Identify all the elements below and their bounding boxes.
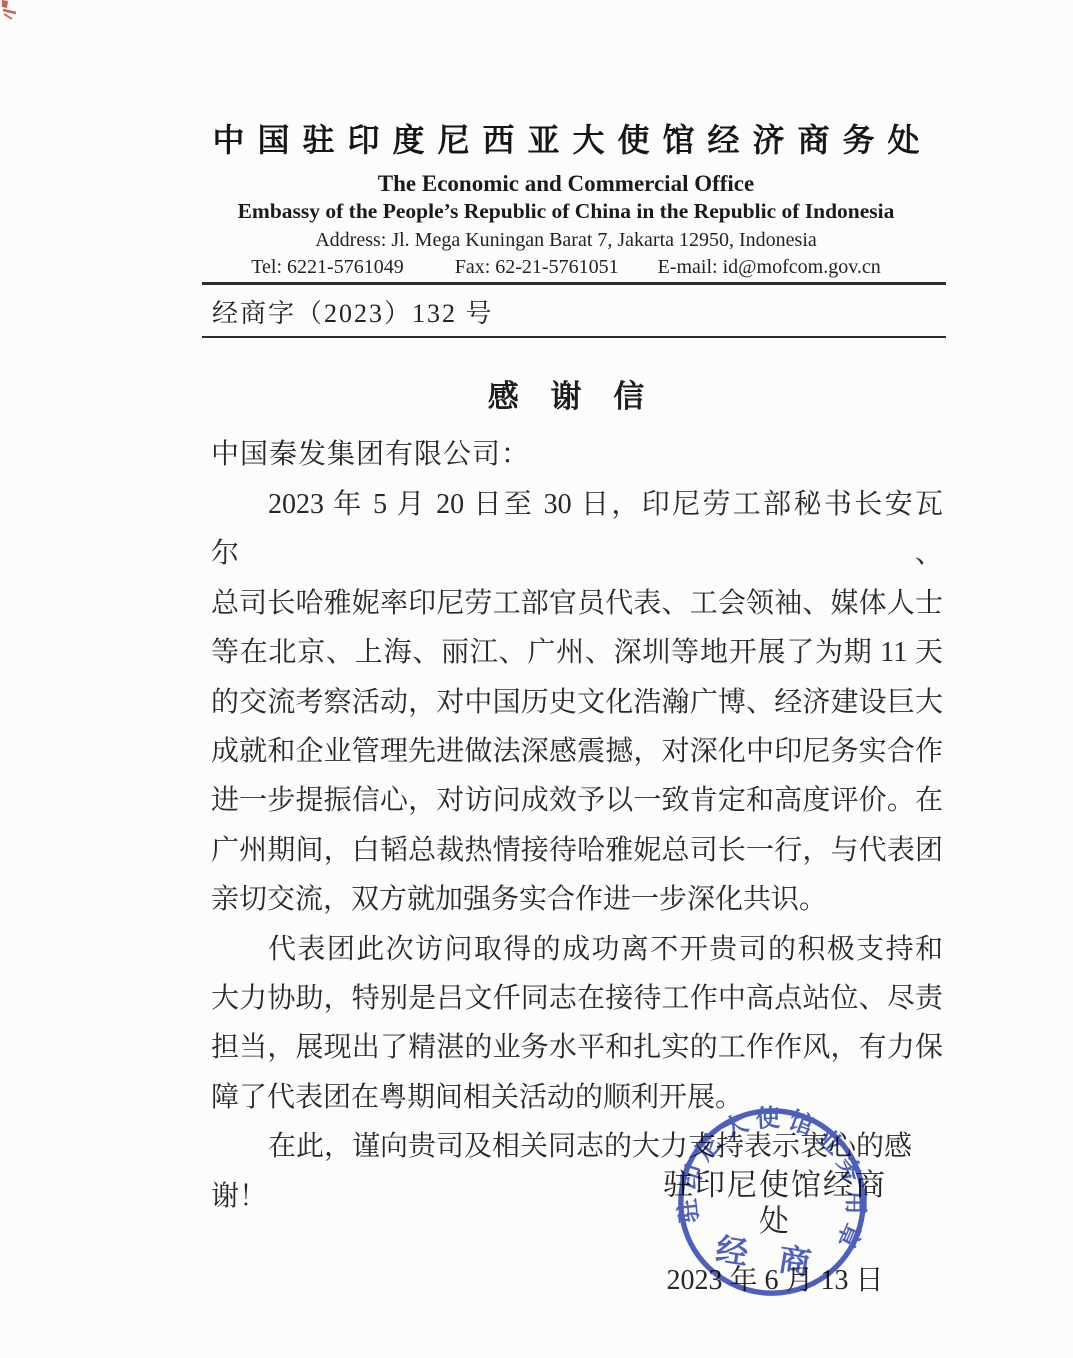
signature-date: 2023 年 6 月 13 日 [652,1266,898,1296]
body-line: 进一步提振信心，对访问成效予以一致肯定和高度评价。在 [211,776,943,825]
header-address: Address: Jl. Mega Kuningan Barat 7, Jaka… [188,227,944,254]
body-line: 障了代表团在粤期间相关活动的顺利开展。 [211,1073,943,1122]
header-contact-line: Tel: 6221-5761049 Fax: 62-21-5761051 E-m… [188,254,944,281]
org-name-english-sub: Embassy of the People’s Republic of Chin… [188,198,944,225]
body-line: 代表团此次访问取得的成功离不开贵司的积极支持和 [211,925,943,974]
body-line: 亲切交流，双方就加强务实合作进一步深化共识。 [211,875,943,924]
letterhead: 中国驻印度尼西亚大使馆经济商务处 The Economic and Commer… [188,120,944,281]
body-line: 担当，展现出了精湛的业务水平和扎实的工作作风，有力保 [211,1023,943,1072]
ref-number: 经商字（2023）132 号 [212,293,494,330]
salutation: 中国秦发集团有限公司： [211,432,530,472]
scanned-letter-page: 中国驻印度尼西亚大使馆经济商务处 The Economic and Commer… [0,0,1073,1358]
signature-block: 驻印尼使馆经商处 2023 年 6 月 13 日 [652,1168,898,1296]
body-line: 的交流考察活动，对中国历史文化浩瀚广博、经济建设巨大 [211,678,943,727]
org-name-english: The Economic and Commercial Office [188,170,944,198]
header-email: E-mail: id@mofcom.gov.cn [658,254,881,281]
divider-line-bottom [202,336,946,338]
signature-org: 驻印尼使馆经商处 [652,1168,898,1240]
header-fax: Fax: 62-21-5761051 [455,254,619,281]
body-line: 等在北京、上海、丽江、广州、深圳等地开展了为期 11 天 [211,628,943,677]
header-tel: Tel: 6221-5761049 [251,254,403,281]
org-name-chinese: 中国驻印度尼西亚大使馆经济商务处 [188,120,944,160]
divider-line-top [202,282,946,285]
letter-body: 2023 年 5 月 20 日至 30 日，印尼劳工部秘书长安瓦尔、 总司长哈雅… [211,480,943,1221]
body-line: 总司长哈雅妮率印尼劳工部官员代表、工会领袖、媒体人士 [211,579,943,628]
letter-title: 感 谢 信 [188,371,944,416]
corner-stamp-mark [0,0,40,40]
body-line: 广州期间，白韬总裁热情接待哈雅妮总司长一行，与代表团 [211,826,943,875]
body-line: 成就和企业管理先进做法深感震撼，对深化中印尼务实合作 [211,727,943,776]
body-line: 大力协助，特别是吕文仟同志在接待工作中高点站位、尽责 [211,974,943,1023]
body-line: 2023 年 5 月 20 日至 30 日，印尼劳工部秘书长安瓦尔、 [211,480,943,579]
